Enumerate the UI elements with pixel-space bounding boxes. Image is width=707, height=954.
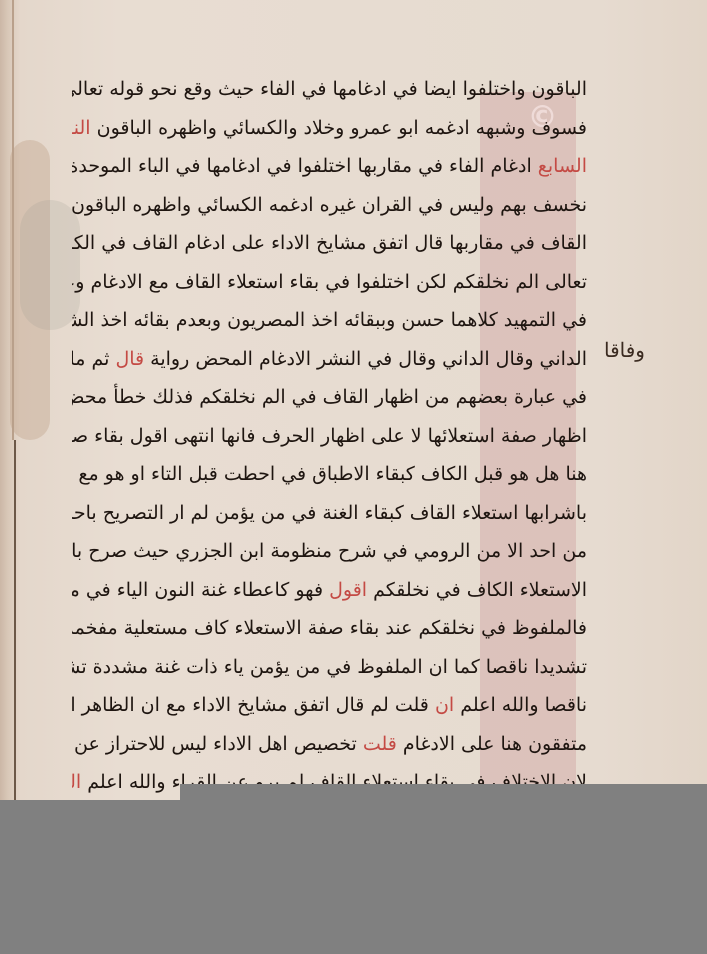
manuscript-line: باشرابها استعلاء القاف كبقاء الغنة في من… [72, 494, 587, 533]
line-text: في التمهيد كلاهما حسن وببقائه اخذ المصري… [72, 309, 587, 331]
manuscript-line: القاف في مقاربها قال اتفق مشايخ الاداء ع… [72, 224, 587, 263]
line-text: فهو كاعطاء غنة النون الياء في من يؤمن [72, 579, 323, 601]
rubric-heading: ان [435, 694, 454, 716]
line-text: ثم ما وقع [72, 348, 109, 370]
line-text: فسوف وشبهه ادغمه ابو عمرو وخلاد والكسائي… [97, 117, 587, 139]
margin-note: وفاقا [604, 338, 645, 362]
line-text: الباقون واختلفوا ايضا في ادغامها في الفا… [72, 78, 587, 100]
manuscript-line: السابع ادغام الفاء في مقاربها اختلفوا في… [72, 147, 587, 186]
redaction-block [0, 800, 707, 954]
line-text: متفقون هنا على الادغام [403, 733, 587, 755]
manuscript-line: فالملفوظ في نخلقكم عند بقاء صفة الاستعلا… [72, 609, 587, 648]
line-text: تخصيص اهل الاداء ليس للاحتراز عن القراء … [72, 733, 357, 755]
line-text: الداني وقال الداني وقال في النشر الادغام… [150, 348, 587, 370]
manuscript-line: هنا هل هو قبل الكاف كبقاء الاطباق في احط… [72, 455, 587, 494]
rubric-heading: قال [115, 348, 144, 370]
manuscript-line: من احد الا من الرومي في شرح منظومة ابن ا… [72, 532, 587, 571]
manuscript-text: الباقون واختلفوا ايضا في ادغامها في الفا… [72, 70, 587, 802]
manuscript-page: © الباقون واختلفوا ايضا في ادغامها في ال… [0, 0, 707, 954]
line-text: تعالى الم نخلقكم لكن اختلفوا في بقاء است… [72, 271, 587, 293]
line-text: اظهار صفة استعلائها لا على اظهار الحرف ف… [72, 425, 587, 447]
line-text: من احد الا من الرومي في شرح منظومة ابن ا… [72, 540, 587, 562]
gutter-line [12, 0, 14, 440]
line-text: قلت لم قال اتفق مشايخ الاداء مع ان الظاه… [72, 694, 429, 716]
manuscript-line: الداني وقال الداني وقال في النشر الادغام… [72, 340, 587, 379]
paper-stain [20, 200, 80, 330]
line-text: هنا هل هو قبل الكاف كبقاء الاطباق في احط… [72, 463, 587, 485]
rubric-heading: قلت [363, 733, 397, 755]
line-text: في عبارة بعضهم من اظهار القاف في الم نخل… [72, 386, 587, 408]
manuscript-line: نخسف بهم وليس في القران غيره ادغمه الكسا… [72, 186, 587, 225]
line-text: نخسف بهم وليس في القران غيره ادغمه الكسا… [72, 194, 587, 216]
line-text: ادغام الفاء في مقاربها اختلفوا في ادغامه… [72, 155, 532, 177]
rubric-heading: النوع [72, 117, 91, 139]
rubric-heading: السابع [538, 155, 587, 177]
line-text: فالملفوظ في نخلقكم عند بقاء صفة الاستعلا… [72, 617, 587, 639]
manuscript-line: فسوف وشبهه ادغمه ابو عمرو وخلاد والكسائي… [72, 109, 587, 148]
manuscript-line: اظهار صفة استعلائها لا على اظهار الحرف ف… [72, 417, 587, 456]
manuscript-line: الباقون واختلفوا ايضا في ادغامها في الفا… [72, 70, 587, 109]
manuscript-line: الاستعلاء الكاف في نخلقكم اقول فهو كاعطا… [72, 571, 587, 610]
manuscript-line: تعالى الم نخلقكم لكن اختلفوا في بقاء است… [72, 263, 587, 302]
manuscript-line: متفقون هنا على الادغام قلت تخصيص اهل الا… [72, 725, 587, 764]
rubric-heading: اقول [329, 579, 367, 601]
line-text: ناقصا والله اعلم [460, 694, 587, 716]
manuscript-line: ناقصا والله اعلم ان قلت لم قال اتفق مشاي… [72, 686, 587, 725]
manuscript-line: في عبارة بعضهم من اظهار القاف في الم نخل… [72, 378, 587, 417]
line-text: القاف في مقاربها قال اتفق مشايخ الاداء ع… [72, 232, 587, 254]
line-text: باشرابها استعلاء القاف كبقاء الغنة في من… [72, 502, 587, 524]
gutter-line [14, 440, 16, 800]
manuscript-line: في التمهيد كلاهما حسن وببقائه اخذ المصري… [72, 301, 587, 340]
line-text: تشديدا ناقصا كما ان الملفوظ في من يؤمن ي… [72, 656, 587, 678]
rubric-heading: النوع التاسع [72, 771, 81, 793]
line-text: الاستعلاء الكاف في نخلقكم [373, 579, 587, 601]
manuscript-line: تشديدا ناقصا كما ان الملفوظ في من يؤمن ي… [72, 648, 587, 687]
